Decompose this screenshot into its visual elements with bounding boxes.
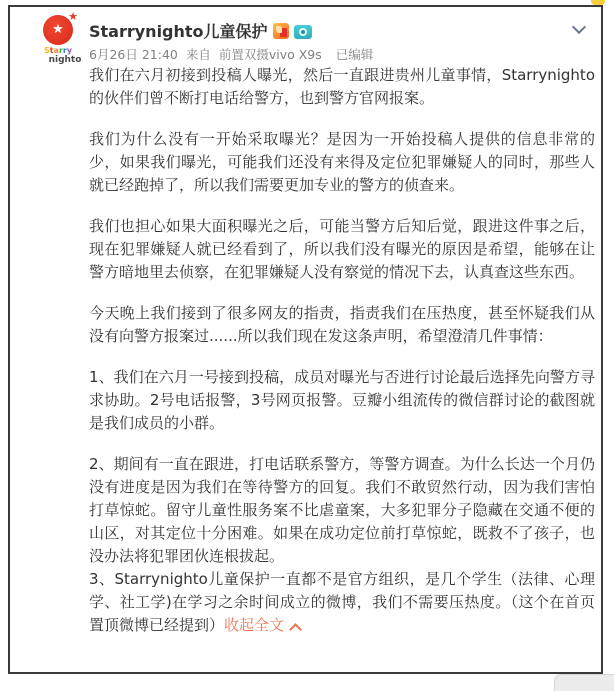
avatar-outer-star-icon: ★	[68, 11, 78, 22]
weibo-post-screenshot: ★ ★ Starry nighto Starrynighto儿童保护 6月26日…	[0, 0, 614, 691]
post-body: 我们在六月初接到投稿人曝光，然后一直跟进贵州儿童事情，Starrynighto的…	[89, 64, 595, 637]
post-paragraph: 1、我们在六月一号接到投稿，成员对曝光与否进行讨论最后选择先向警方寻求协助。2号…	[89, 366, 595, 435]
collapse-link-label: 收起全文	[224, 616, 284, 634]
post-paragraph: 我们在六月初接到投稿人曝光，然后一直跟进贵州儿童事情，Starrynighto的…	[89, 64, 595, 110]
post-paragraph: 我们为什么没有一开始采取曝光？是因为一开始投稿人提供的信息非常的少，如果我们曝光…	[89, 128, 595, 197]
post-paragraph: 2、期间有一直在跟进，打电话联系警方，等警方调查。为什么长达一个月仍没有进度是因…	[89, 453, 595, 568]
post-paragraph: 今天晚上我们接到了很多网友的指责，指责我们在压热度，甚至怀疑我们从没有向警方报案…	[89, 302, 595, 348]
avatar-nighto-text: nighto	[44, 55, 86, 65]
post-paragraphs: 我们在六月初接到投稿人曝光，然后一直跟进贵州儿童事情，Starrynighto的…	[89, 64, 595, 568]
post-paragraph: 3、Starrynighto儿童保护一直都不是官方组织，是几个学生（法律、心理学…	[89, 568, 595, 637]
author-row: Starrynighto儿童保护	[89, 19, 312, 42]
clipped-gray-panel	[554, 674, 614, 691]
avatar-logo-circle: ★ ★	[43, 15, 73, 45]
camera-badge-icon[interactable]	[294, 25, 312, 39]
avatar[interactable]: ★ ★ Starry nighto	[30, 15, 86, 65]
post-paragraph-text: 3、Starrynighto儿童保护一直都不是官方组织，是几个学生（法律、心理学…	[89, 570, 595, 634]
chevron-down-icon[interactable]	[573, 21, 585, 33]
collapse-full-text-link[interactable]: 收起全文	[224, 616, 300, 634]
post-card: ★ ★ Starry nighto Starrynighto儿童保护 6月26日…	[8, 5, 603, 674]
avatar-starry-text: Starry	[30, 46, 86, 55]
medal-badge-icon[interactable]	[273, 23, 289, 39]
post-date[interactable]: 6月26日 21:40	[89, 47, 178, 62]
post-paragraph: 我们也担心如果大面积曝光之后，可能当警方后知后觉，跟进这件事之后，现在犯罪嫌疑人…	[89, 215, 595, 284]
chevron-up-icon	[291, 622, 300, 631]
from-label: 来自	[186, 47, 211, 62]
post-meta: 6月26日 21:40 来自 前置双摄vivo X9s 已编辑	[89, 45, 377, 63]
author-name[interactable]: Starrynighto儿童保护	[89, 19, 268, 42]
post-source-device[interactable]: 前置双摄vivo X9s	[219, 47, 322, 62]
edited-label[interactable]: 已编辑	[336, 47, 374, 62]
